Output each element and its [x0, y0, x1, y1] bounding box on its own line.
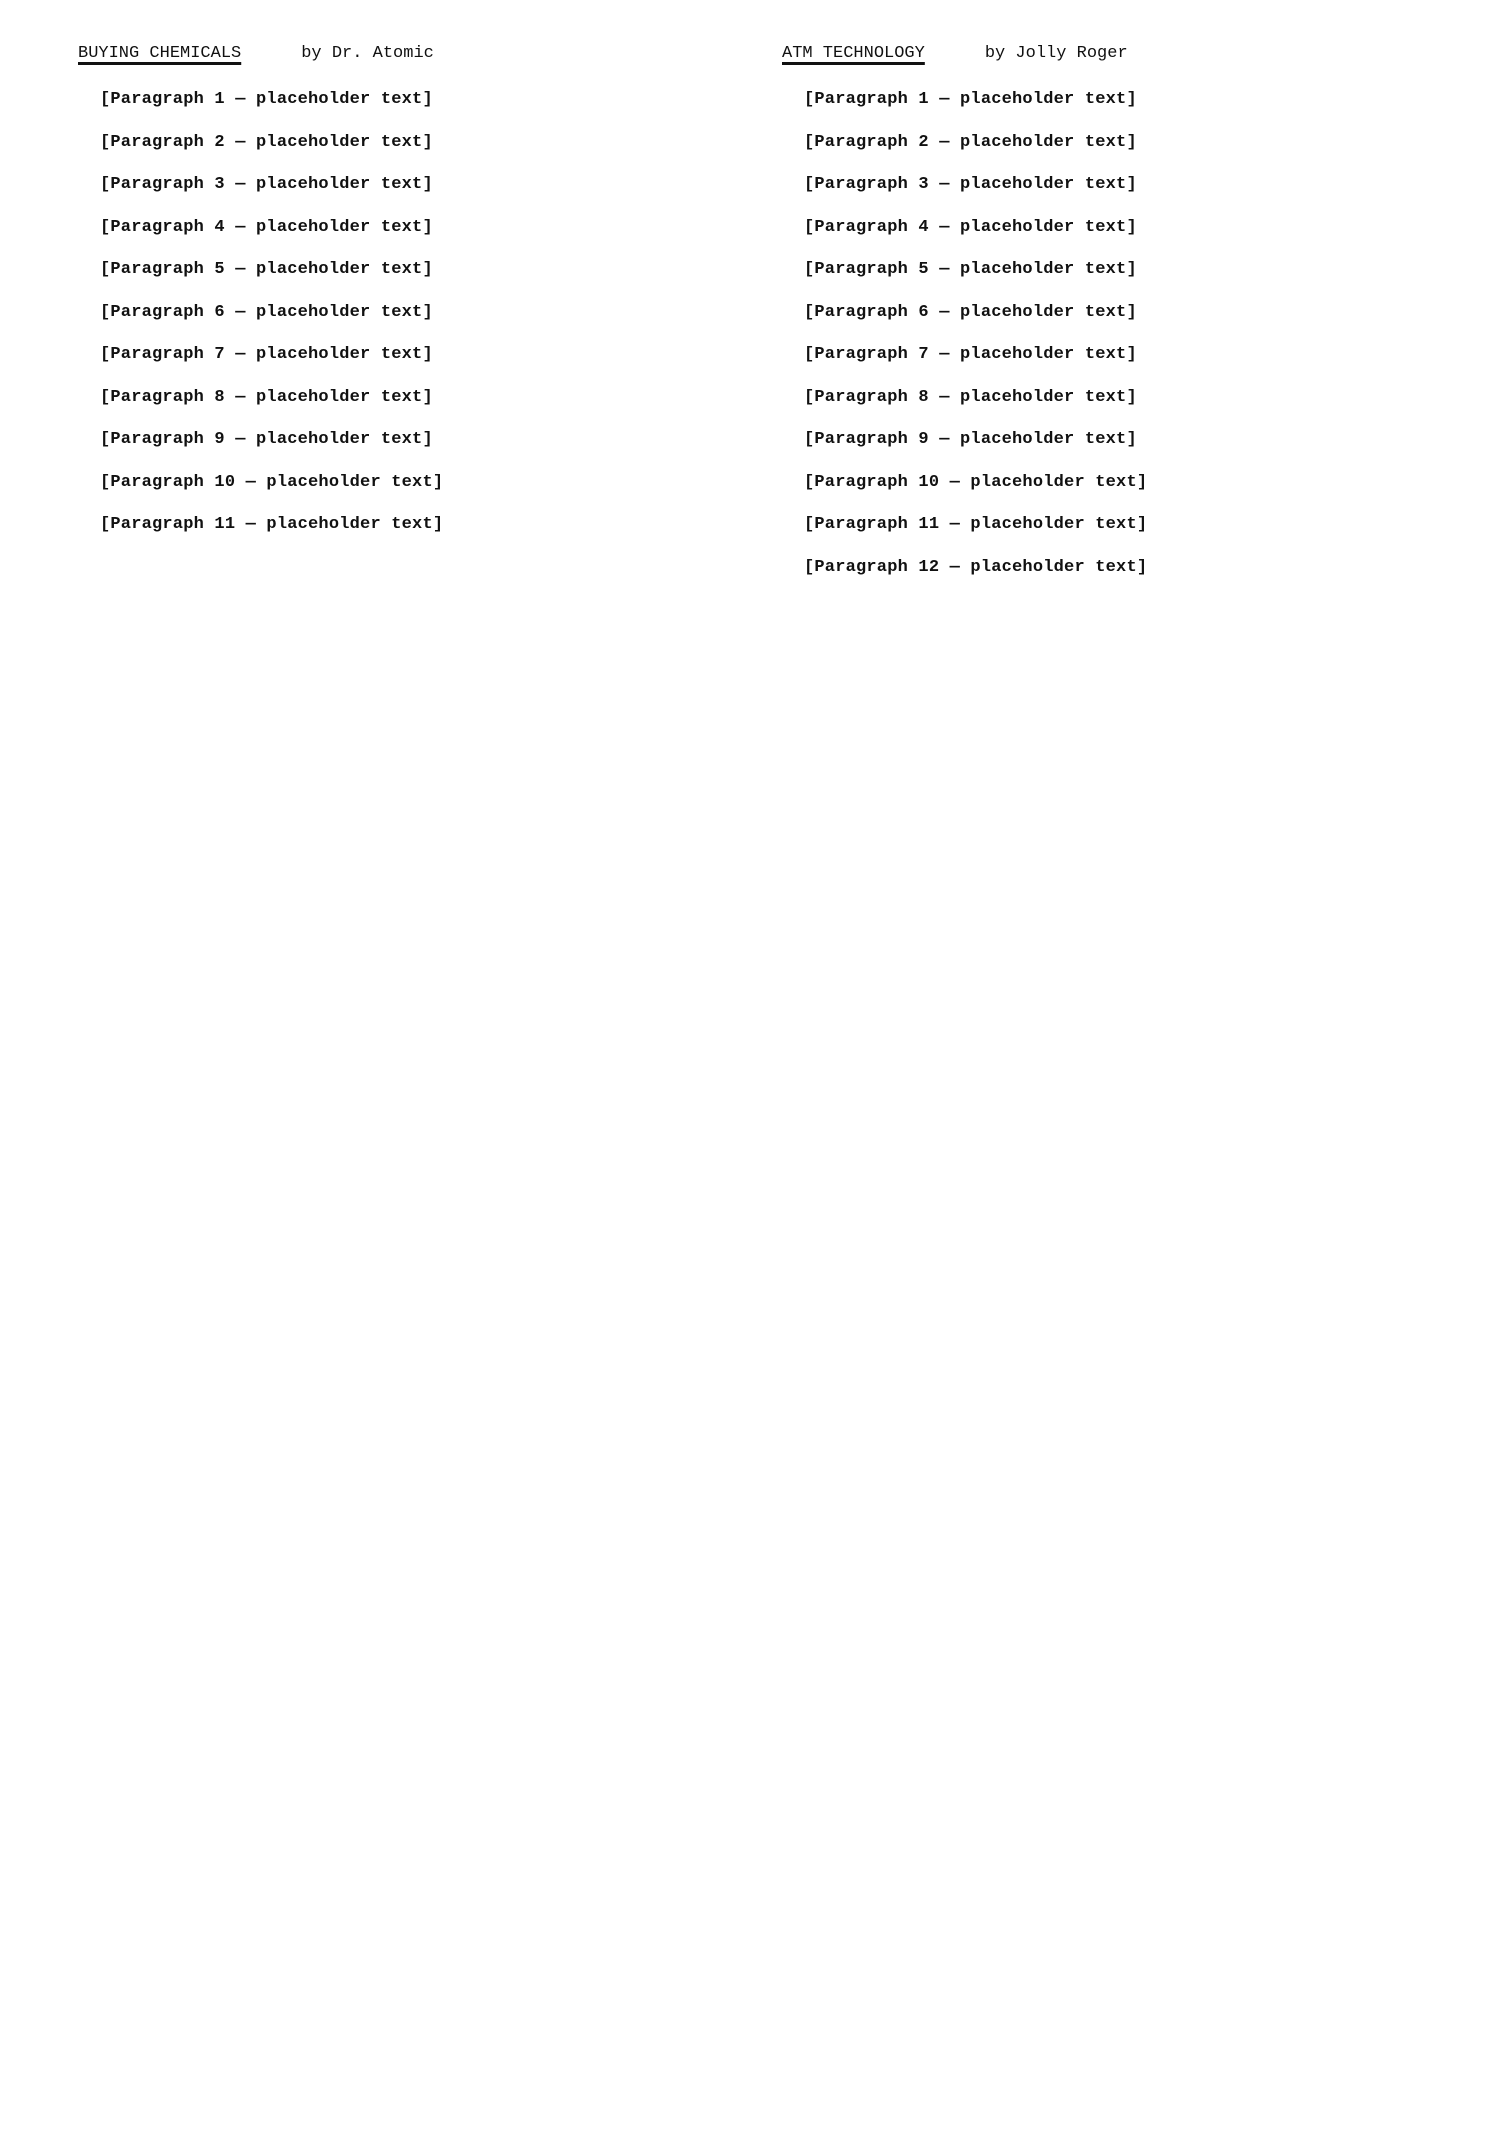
article-paragraph: [Paragraph 7 — placeholder text] [78, 344, 738, 366]
article-paragraph: [Paragraph 10 — placeholder text] [78, 472, 738, 494]
article-body: [Paragraph 1 — placeholder text][Paragra… [78, 89, 738, 536]
article-paragraph: [Paragraph 11 — placeholder text] [782, 514, 1442, 536]
article-paragraph: [Paragraph 4 — placeholder text] [782, 217, 1442, 239]
article-paragraph: [Paragraph 2 — placeholder text] [782, 132, 1442, 154]
article-paragraph: [Paragraph 3 — placeholder text] [782, 174, 1442, 196]
article-paragraph: [Paragraph 6 — placeholder text] [782, 302, 1442, 324]
article-paragraph: [Paragraph 8 — placeholder text] [782, 387, 1442, 409]
article-body: [Paragraph 1 — placeholder text][Paragra… [782, 89, 1442, 578]
article-paragraph: [Paragraph 6 — placeholder text] [78, 302, 738, 324]
article-paragraph: [Paragraph 12 — placeholder text] [782, 557, 1442, 579]
article-header: BUYING CHEMICALS by Dr. Atomic [78, 44, 738, 63]
left-article: BUYING CHEMICALS by Dr. Atomic [Paragrap… [78, 44, 738, 557]
article-paragraph: [Paragraph 10 — placeholder text] [782, 472, 1442, 494]
article-byline: by Jolly Roger [985, 44, 1128, 63]
right-article: ATM TECHNOLOGY by Jolly Roger [Paragraph… [782, 44, 1442, 599]
article-header: ATM TECHNOLOGY by Jolly Roger [782, 44, 1442, 63]
article-paragraph: [Paragraph 1 — placeholder text] [78, 89, 738, 111]
article-paragraph: [Paragraph 3 — placeholder text] [78, 174, 738, 196]
article-paragraph: [Paragraph 5 — placeholder text] [782, 259, 1442, 281]
article-title: ATM TECHNOLOGY [782, 44, 925, 63]
article-paragraph: [Paragraph 9 — placeholder text] [782, 429, 1442, 451]
article-byline: by Dr. Atomic [301, 44, 434, 63]
article-paragraph: [Paragraph 4 — placeholder text] [78, 217, 738, 239]
article-paragraph: [Paragraph 8 — placeholder text] [78, 387, 738, 409]
article-paragraph: [Paragraph 5 — placeholder text] [78, 259, 738, 281]
article-paragraph: [Paragraph 7 — placeholder text] [782, 344, 1442, 366]
article-paragraph: [Paragraph 9 — placeholder text] [78, 429, 738, 451]
article-paragraph: [Paragraph 1 — placeholder text] [782, 89, 1442, 111]
article-title: BUYING CHEMICALS [78, 44, 241, 63]
article-paragraph: [Paragraph 2 — placeholder text] [78, 132, 738, 154]
article-paragraph: [Paragraph 11 — placeholder text] [78, 514, 738, 536]
